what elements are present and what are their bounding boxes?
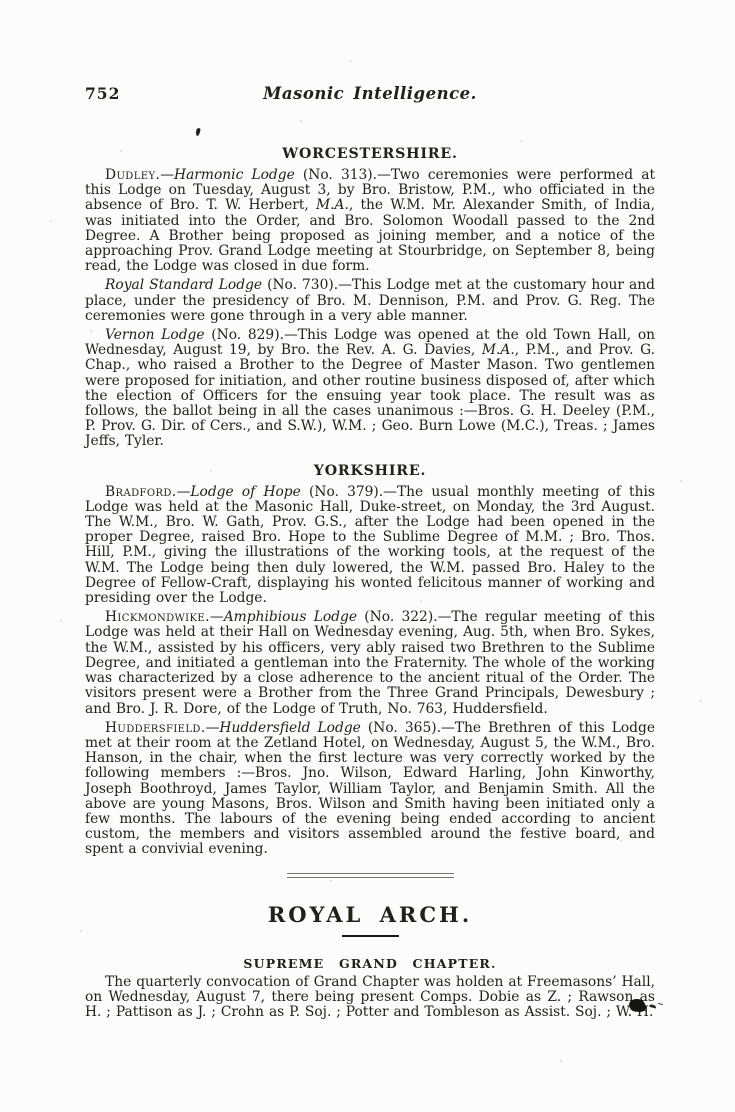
page-number: 752 [85, 84, 120, 103]
paragraph: Royal Standard Lodge (No. 730).—This Lod… [85, 278, 655, 324]
paragraph: Huddersfield.—Huddersfield Lodge (No. 36… [85, 721, 655, 858]
text-run: (No. 365).—The Brethren of this Lodge me… [85, 720, 655, 858]
place-name: Bradford. [105, 484, 177, 500]
paragraph: Dudley.—Harmonic Lodge (No. 313).—Two ce… [85, 168, 655, 274]
lodge-name: Amphibious Lodge [224, 609, 357, 625]
lodge-name: Vernon Lodge [105, 327, 205, 343]
text-run: — [177, 484, 191, 500]
place-name: Dudley. [105, 167, 160, 183]
lodge-name: Harmonic Lodge [174, 167, 295, 183]
place-name: Huddersfield. [105, 720, 206, 736]
text-run: The quarterly convocation of Grand Chapt… [85, 974, 655, 1020]
text-run: — [210, 609, 224, 625]
page-header: 752 Masonic Intelligence. [85, 84, 655, 104]
section-heading-royal-arch: ROYAL ARCH. [85, 902, 655, 927]
text-run: , P.M., and Prov. G. Chap., who raised a… [85, 342, 655, 449]
lodge-name: Royal Standard Lodge [105, 277, 262, 293]
text-run: (No. 322).—The regular meeting of this L… [85, 609, 655, 716]
text-run: — [206, 720, 220, 736]
lodge-name: M.A. [482, 342, 515, 358]
section-heading-yorkshire: YORKSHIRE. [85, 463, 655, 479]
paragraph: The quarterly convocation of Grand Chapt… [85, 975, 655, 1021]
section-subheading-royal-arch: SUPREME GRAND CHAPTER. [85, 956, 655, 971]
heading-rule [342, 935, 399, 937]
section-divider [287, 873, 454, 878]
running-title: Masonic Intelligence. [85, 84, 655, 103]
section-heading-worcestershire: WORCESTERSHIRE. [85, 146, 655, 162]
article-body: WORCESTERSHIRE.Dudley.—Harmonic Lodge (N… [85, 146, 655, 1020]
text-run: — [160, 167, 174, 183]
lodge-name: Huddersfield Lodge [219, 720, 360, 736]
place-name: Hickmondwike. [105, 609, 210, 625]
ink-speck [195, 128, 201, 137]
paragraph: Bradford.—Lodge of Hope (No. 379).—The u… [85, 485, 655, 607]
lodge-name: M.A. [316, 197, 349, 213]
paragraph: Hickmondwike.—Amphibious Lodge (No. 322)… [85, 610, 655, 716]
scan-noise [0, 0, 2, 2]
text-run: (No. 379).—The usual monthly meeting of … [85, 484, 655, 606]
paragraph: Vernon Lodge (No. 829).—This Lodge was o… [85, 328, 655, 450]
document-page: 752 Masonic Intelligence. WORCESTERSHIRE… [0, 0, 735, 1112]
lodge-name: Lodge of Hope [190, 484, 300, 500]
